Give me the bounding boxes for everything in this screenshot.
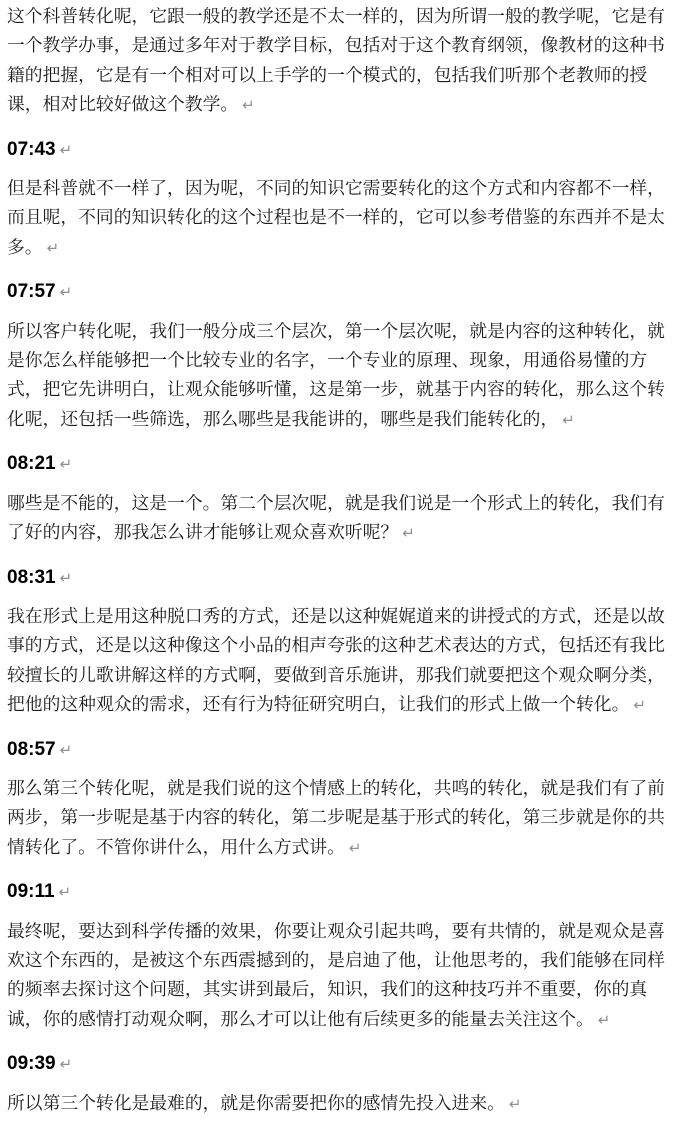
timestamp-text: 08:57 [7, 739, 56, 760]
line-break-mark-icon: ↵ [242, 97, 255, 114]
timestamp-label: 08:31↵ [7, 563, 668, 593]
paragraph-text: 所以第三个转化是最难的，就是你需要把你的感情先投入进来。 [7, 1093, 505, 1113]
transcript-paragraph: 这个科普转化呢，它跟一般的教学还是不太一样的，因为所谓一般的教学呢，它是有一个教… [7, 2, 668, 121]
timestamp-label: 09:39↵ [7, 1049, 668, 1079]
timestamp-text: 09:11 [7, 881, 55, 902]
timestamp-text: 09:39 [7, 1053, 56, 1074]
transcript-paragraph: 那么第三个转化呢，就是我们说的这个情感上的转化，共鸣的转化，就是我们有了前两步，… [7, 774, 668, 863]
line-break-mark-icon: ↵ [60, 284, 73, 301]
timestamp-text: 07:43 [7, 139, 56, 160]
line-break-mark-icon: ↵ [402, 525, 415, 542]
line-break-mark-icon: ↵ [60, 456, 73, 473]
transcript-paragraph: 我在形式上是用这种脱口秀的方式，还是以这种娓娓道来的讲授式的方式，还是以故事的方… [7, 602, 668, 721]
timestamp-label: 07:43↵ [7, 135, 668, 165]
timestamp-label: 08:21↵ [7, 449, 668, 479]
transcript-paragraph: 所以客户转化呢，我们一般分成三个层次，第一个层次呢，就是内容的这种转化，就是你怎… [7, 317, 668, 436]
line-break-mark-icon: ↵ [47, 240, 60, 257]
line-break-mark-icon: ↵ [60, 142, 73, 159]
paragraph-text: 但是科普就不一样了，因为呢，不同的知识它需要转化的这个方式和内容都不一样，而且呢… [7, 178, 665, 257]
transcript-document: 这个科普转化呢，它跟一般的教学还是不太一样的，因为所谓一般的教学呢，它是有一个教… [0, 0, 686, 1141]
paragraph-text: 我在形式上是用这种脱口秀的方式，还是以这种娓娓道来的讲授式的方式，还是以故事的方… [7, 606, 665, 714]
transcript-paragraph: 最终呢，要达到科学传播的效果，你要让观众引起共鸣，要有共情的，就是观众是喜欢这个… [7, 917, 668, 1036]
paragraph-text: 这个科普转化呢，它跟一般的教学还是不太一样的，因为所谓一般的教学呢，它是有一个教… [7, 6, 665, 114]
line-break-mark-icon: ↵ [509, 1096, 522, 1113]
line-break-mark-icon: ↵ [59, 884, 72, 901]
line-break-mark-icon: ↵ [598, 1012, 611, 1029]
timestamp-label: 08:57↵ [7, 735, 668, 765]
line-break-mark-icon: ↵ [60, 1056, 73, 1073]
transcript-paragraph: 哪些是不能的，这是一个。第二个层次呢，就是我们说是一个形式上的转化，我们有了好的… [7, 489, 668, 549]
transcript-paragraph: 但是科普就不一样了，因为呢，不同的知识它需要转化的这个方式和内容都不一样，而且呢… [7, 174, 668, 263]
line-break-mark-icon: ↵ [60, 742, 73, 759]
timestamp-text: 07:57 [7, 281, 56, 302]
timestamp-text: 08:21 [7, 453, 56, 474]
paragraph-text: 最终呢，要达到科学传播的效果，你要让观众引起共鸣，要有共情的，就是观众是喜欢这个… [7, 921, 665, 1029]
line-break-mark-icon: ↵ [633, 697, 646, 714]
line-break-mark-icon: ↵ [562, 412, 575, 429]
paragraph-text: 哪些是不能的，这是一个。第二个层次呢，就是我们说是一个形式上的转化，我们有了好的… [7, 493, 665, 542]
paragraph-text: 那么第三个转化呢，就是我们说的这个情感上的转化，共鸣的转化，就是我们有了前两步，… [7, 778, 665, 857]
timestamp-label: 07:57↵ [7, 277, 668, 307]
line-break-mark-icon: ↵ [349, 840, 362, 857]
transcript-paragraph: 所以第三个转化是最难的，就是你需要把你的感情先投入进来。↵ [7, 1089, 668, 1119]
line-break-mark-icon: ↵ [60, 570, 73, 587]
timestamp-text: 08:31 [7, 567, 56, 588]
timestamp-label: 09:11↵ [7, 877, 668, 907]
